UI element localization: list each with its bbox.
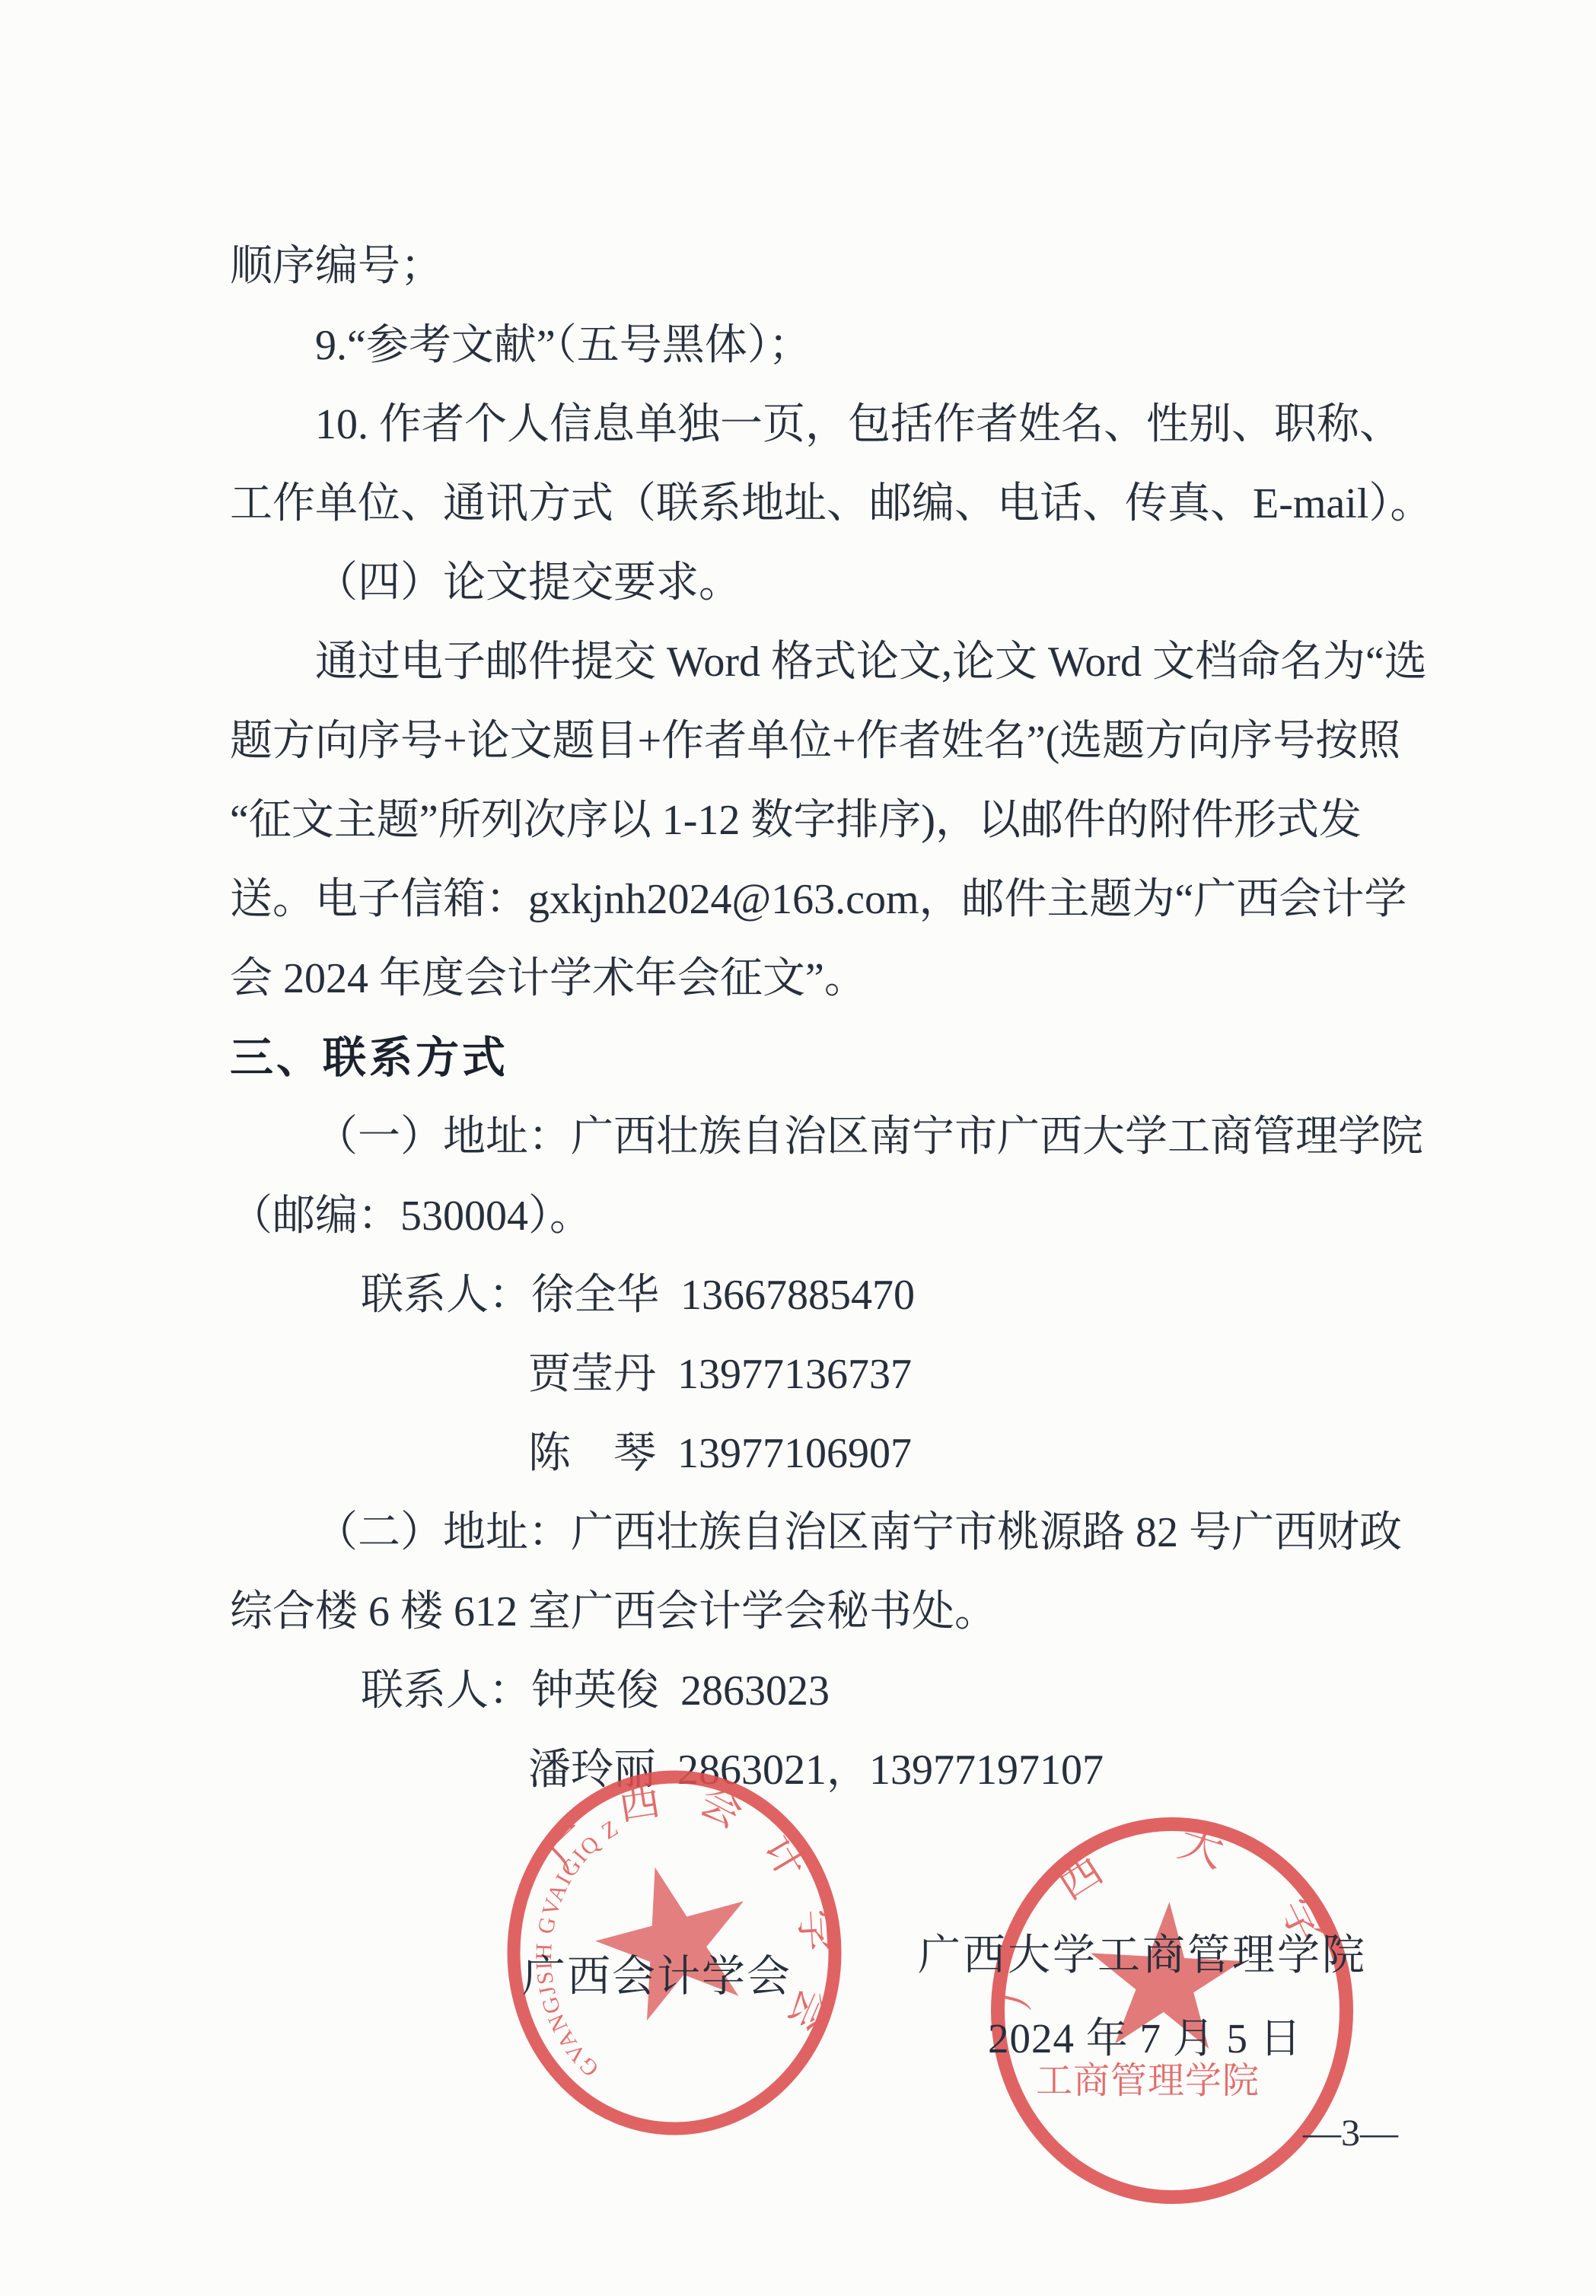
document-line: 陈 琴 13977106907 (230, 1414, 1499, 1493)
document-line: （四）论文提交要求。 (230, 543, 1499, 623)
document-body: 顺序编号；9.“参考文献”（五号黑体）；10. 作者个人信息单独一页，包括作者姓… (230, 227, 1499, 1810)
document-line: “征文主题”所列次序以 1-12 数字排序)，以邮件的附件形式发 (230, 781, 1499, 860)
document-line: 顺序编号； (230, 227, 1499, 306)
document-line: 10. 作者个人信息单独一页，包括作者姓名、性别、职称、 (230, 385, 1499, 464)
right-signature-org: 广西大学工商管理学院 (918, 1916, 1367, 1995)
document-line: 综合楼 6 楼 612 室广西会计学会秘书处。 (230, 1572, 1499, 1651)
document-line: 9.“参考文献”（五号黑体）； (230, 306, 1499, 385)
document-line: 工作单位、通讯方式（联系地址、邮编、电话、传真、E-mail）。 (230, 464, 1499, 543)
document-line: 贾莹丹 13977136737 (230, 1335, 1499, 1414)
page-number: —3— (1303, 2110, 1398, 2155)
document-line: （一）地址：广西壮族自治区南宁市广西大学工商管理学院 (230, 1097, 1499, 1177)
signature-date: 2024 年 7 月 5 日 (988, 1999, 1302, 2078)
document-line: 送。电子信箱：gxkjnh2024@163.com，邮件主题为“广西会计学 (230, 860, 1499, 939)
document-line: 潘玲丽 2863021，13977197107 (230, 1731, 1499, 1810)
document-line: （二）地址：广西壮族自治区南宁市桃源路 82 号广西财政 (230, 1493, 1499, 1572)
document-line: 通过电子邮件提交 Word 格式论文,论文 Word 文档命名为“选 (230, 623, 1499, 702)
section-heading: 三、联系方式 (230, 1018, 1499, 1097)
document-line: 联系人：徐全华 13667885470 (230, 1256, 1499, 1335)
document-line: 题方向序号+论文题目+作者单位+作者姓名”(选题方向序号按照 (230, 702, 1499, 781)
left-signature-org: 广西会计学会 (522, 1938, 792, 2017)
document-line: （邮编：530004）。 (230, 1177, 1499, 1256)
scanned-document-page: 顺序编号；9.“参考文献”（五号黑体）；10. 作者个人信息单独一页，包括作者姓… (0, 0, 1596, 2296)
document-line: 会 2024 年度会计学术年会征文”。 (230, 939, 1499, 1018)
document-line: 联系人：钟英俊 2863023 (230, 1651, 1499, 1731)
